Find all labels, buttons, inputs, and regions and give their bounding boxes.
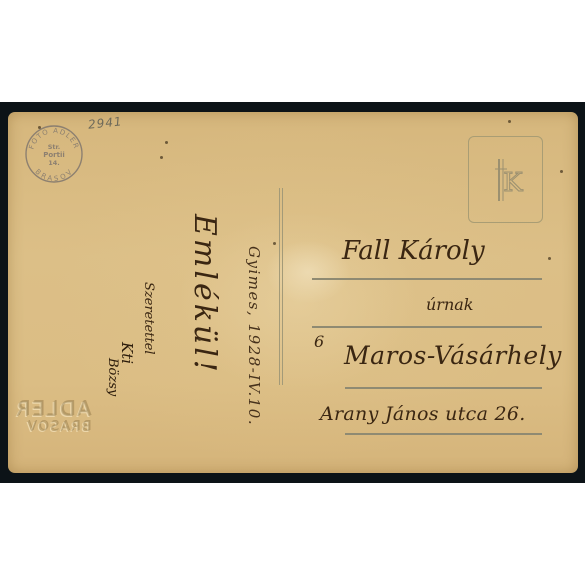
stamp-line-3: 14.	[48, 159, 60, 167]
stamp-ring-bottom: BRASOV	[33, 168, 74, 183]
recipient-honorific: úrnak	[426, 295, 474, 314]
postage-stamp-box: K	[468, 136, 543, 223]
emboss-line-2: BRASOV	[14, 421, 91, 434]
recipient-city: Maros-Vásárhely	[344, 341, 562, 370]
center-divider	[279, 188, 283, 385]
speck	[508, 120, 511, 123]
stamp-line-2: Portii	[43, 151, 65, 159]
address-line-3	[345, 387, 542, 389]
signature-2: Bözsy	[105, 358, 120, 396]
address-line-2	[312, 326, 542, 328]
monogram-letter: K	[503, 168, 523, 198]
embossed-mark: ADLER BRASOV	[14, 399, 91, 434]
city-prefix: 6	[314, 332, 324, 351]
stamp-line-1: Str.	[48, 143, 61, 151]
svg-text:BRASOV: BRASOV	[33, 168, 74, 183]
greeting: Szeretettel	[141, 282, 156, 355]
place-date: Gyimes, 1928-IV.10.	[245, 246, 263, 426]
inventory-number: 2941	[87, 114, 123, 132]
address-line-1	[312, 278, 542, 280]
speck	[198, 338, 201, 341]
postcard: FOTO ADLER BRASOV Str. Portii 14. 2941 K…	[8, 112, 578, 473]
speck	[38, 126, 41, 129]
emboss-line-1: ADLER	[14, 399, 91, 419]
recipient-street: Arany János utca 26.	[320, 403, 526, 425]
message-title: Emlékül!	[187, 214, 222, 375]
round-stamp-icon: FOTO ADLER BRASOV Str. Portii 14.	[24, 124, 84, 184]
address-line-4	[345, 433, 542, 435]
speck	[273, 242, 276, 245]
photographer-stamp: FOTO ADLER BRASOV Str. Portii 14.	[24, 124, 84, 184]
k-monogram-icon: K	[485, 155, 525, 205]
speck	[560, 170, 563, 173]
speck	[548, 257, 551, 260]
signature-1: Kti	[118, 342, 136, 364]
speck	[165, 141, 168, 144]
speck	[160, 156, 163, 159]
recipient-name: Fall Károly	[342, 236, 485, 266]
